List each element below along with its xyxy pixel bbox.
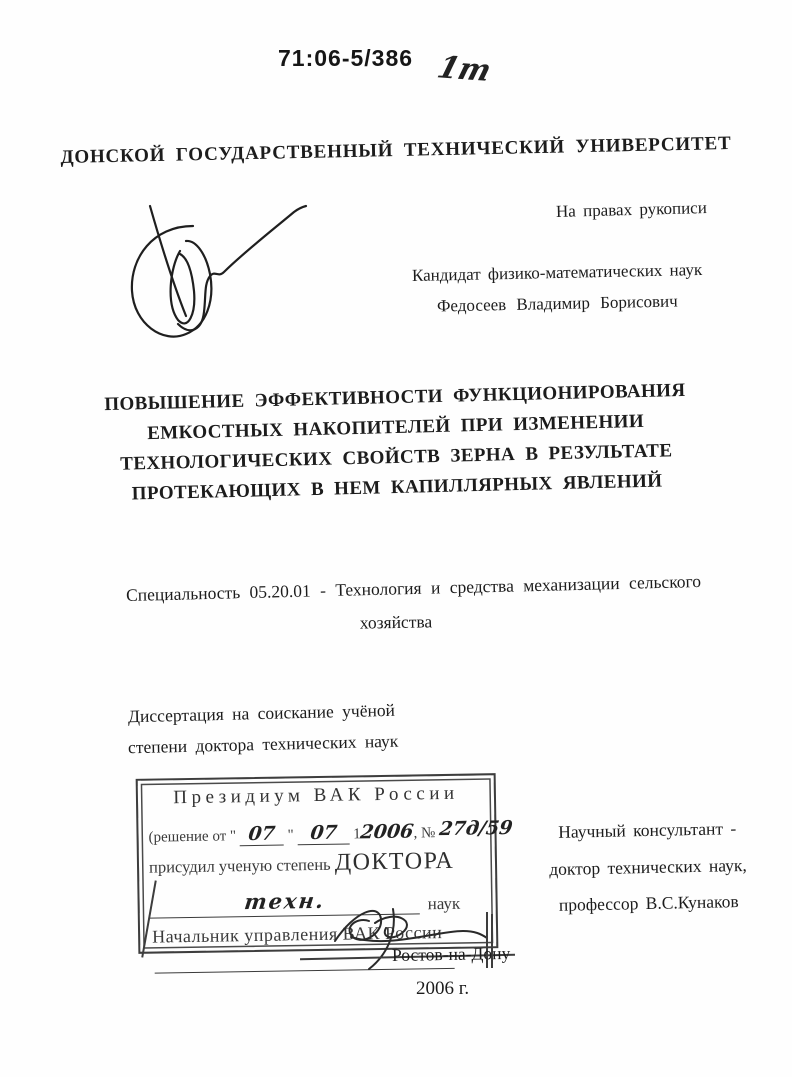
catalog-number: 71:06-5/386 bbox=[278, 45, 413, 72]
stamp-header: Президиум ВАК России bbox=[138, 782, 494, 810]
specialty-line-1: Специальность 05.20.01 - Технология и ср… bbox=[126, 571, 701, 606]
stamp-degree-word: ДОКТОРА bbox=[335, 848, 455, 876]
stamp-decision-prefix: (решение от " bbox=[148, 828, 236, 845]
stamp-decision-quote: " bbox=[287, 827, 293, 843]
handwritten-inventory-mark: 1т bbox=[434, 50, 496, 89]
stamp-decision-line: (решение от " 07 " 07 12006, № 27д/59 bbox=[148, 819, 512, 848]
stamp-decision-day: 07 bbox=[247, 823, 276, 845]
year-line: 2006 г. bbox=[416, 978, 469, 1000]
stamp-decision-year: 2006 bbox=[359, 820, 415, 843]
author-degree: Кандидат физико-математических наук bbox=[412, 260, 702, 286]
dissertation-note-line-2: степени доктора технических наук bbox=[128, 726, 399, 764]
university-name: ДОНСКОЙ ГОСУДАРСТВЕННЫЙ ТЕХНИЧЕСКИЙ УНИВ… bbox=[0, 132, 792, 171]
consultant-line-2: доктор технических наук, bbox=[518, 846, 779, 888]
manuscript-rights-note: На правах рукописи bbox=[556, 198, 707, 222]
consultant-block: Научный консультант - доктор технических… bbox=[517, 809, 779, 924]
dissertation-note: Диссертация на соискание учёной степени … bbox=[128, 698, 398, 760]
consultant-line-3: профессор В.С.Кунаков bbox=[518, 882, 779, 924]
scanned-title-page: 71:06-5/386 1т ДОНСКОЙ ГОСУДАРСТВЕННЫЙ Т… bbox=[0, 0, 792, 1077]
city-line: Ростов-на-Дону bbox=[392, 943, 511, 966]
stamp-decision-month: 07 bbox=[309, 822, 338, 844]
consultant-line-1: Научный консультант - bbox=[517, 809, 778, 851]
stamp-awarded-text: присудил ученую степень bbox=[149, 855, 331, 877]
stamp-number-label: , № bbox=[413, 825, 435, 841]
author-name: Федосеев Владимир Борисович bbox=[437, 291, 678, 316]
stamp-decision-number: 27д/59 bbox=[438, 817, 514, 840]
specialty-line-2: хозяйства bbox=[0, 605, 792, 640]
stamp-awarded-line: присудил ученую степень ДОКТОРА bbox=[149, 848, 455, 880]
dissertation-title: ПОВЫШЕНИЕ ЭФФЕКТИВНОСТИ ФУНКЦИОНИРОВАНИЯ… bbox=[0, 373, 792, 512]
author-signature bbox=[118, 196, 318, 346]
